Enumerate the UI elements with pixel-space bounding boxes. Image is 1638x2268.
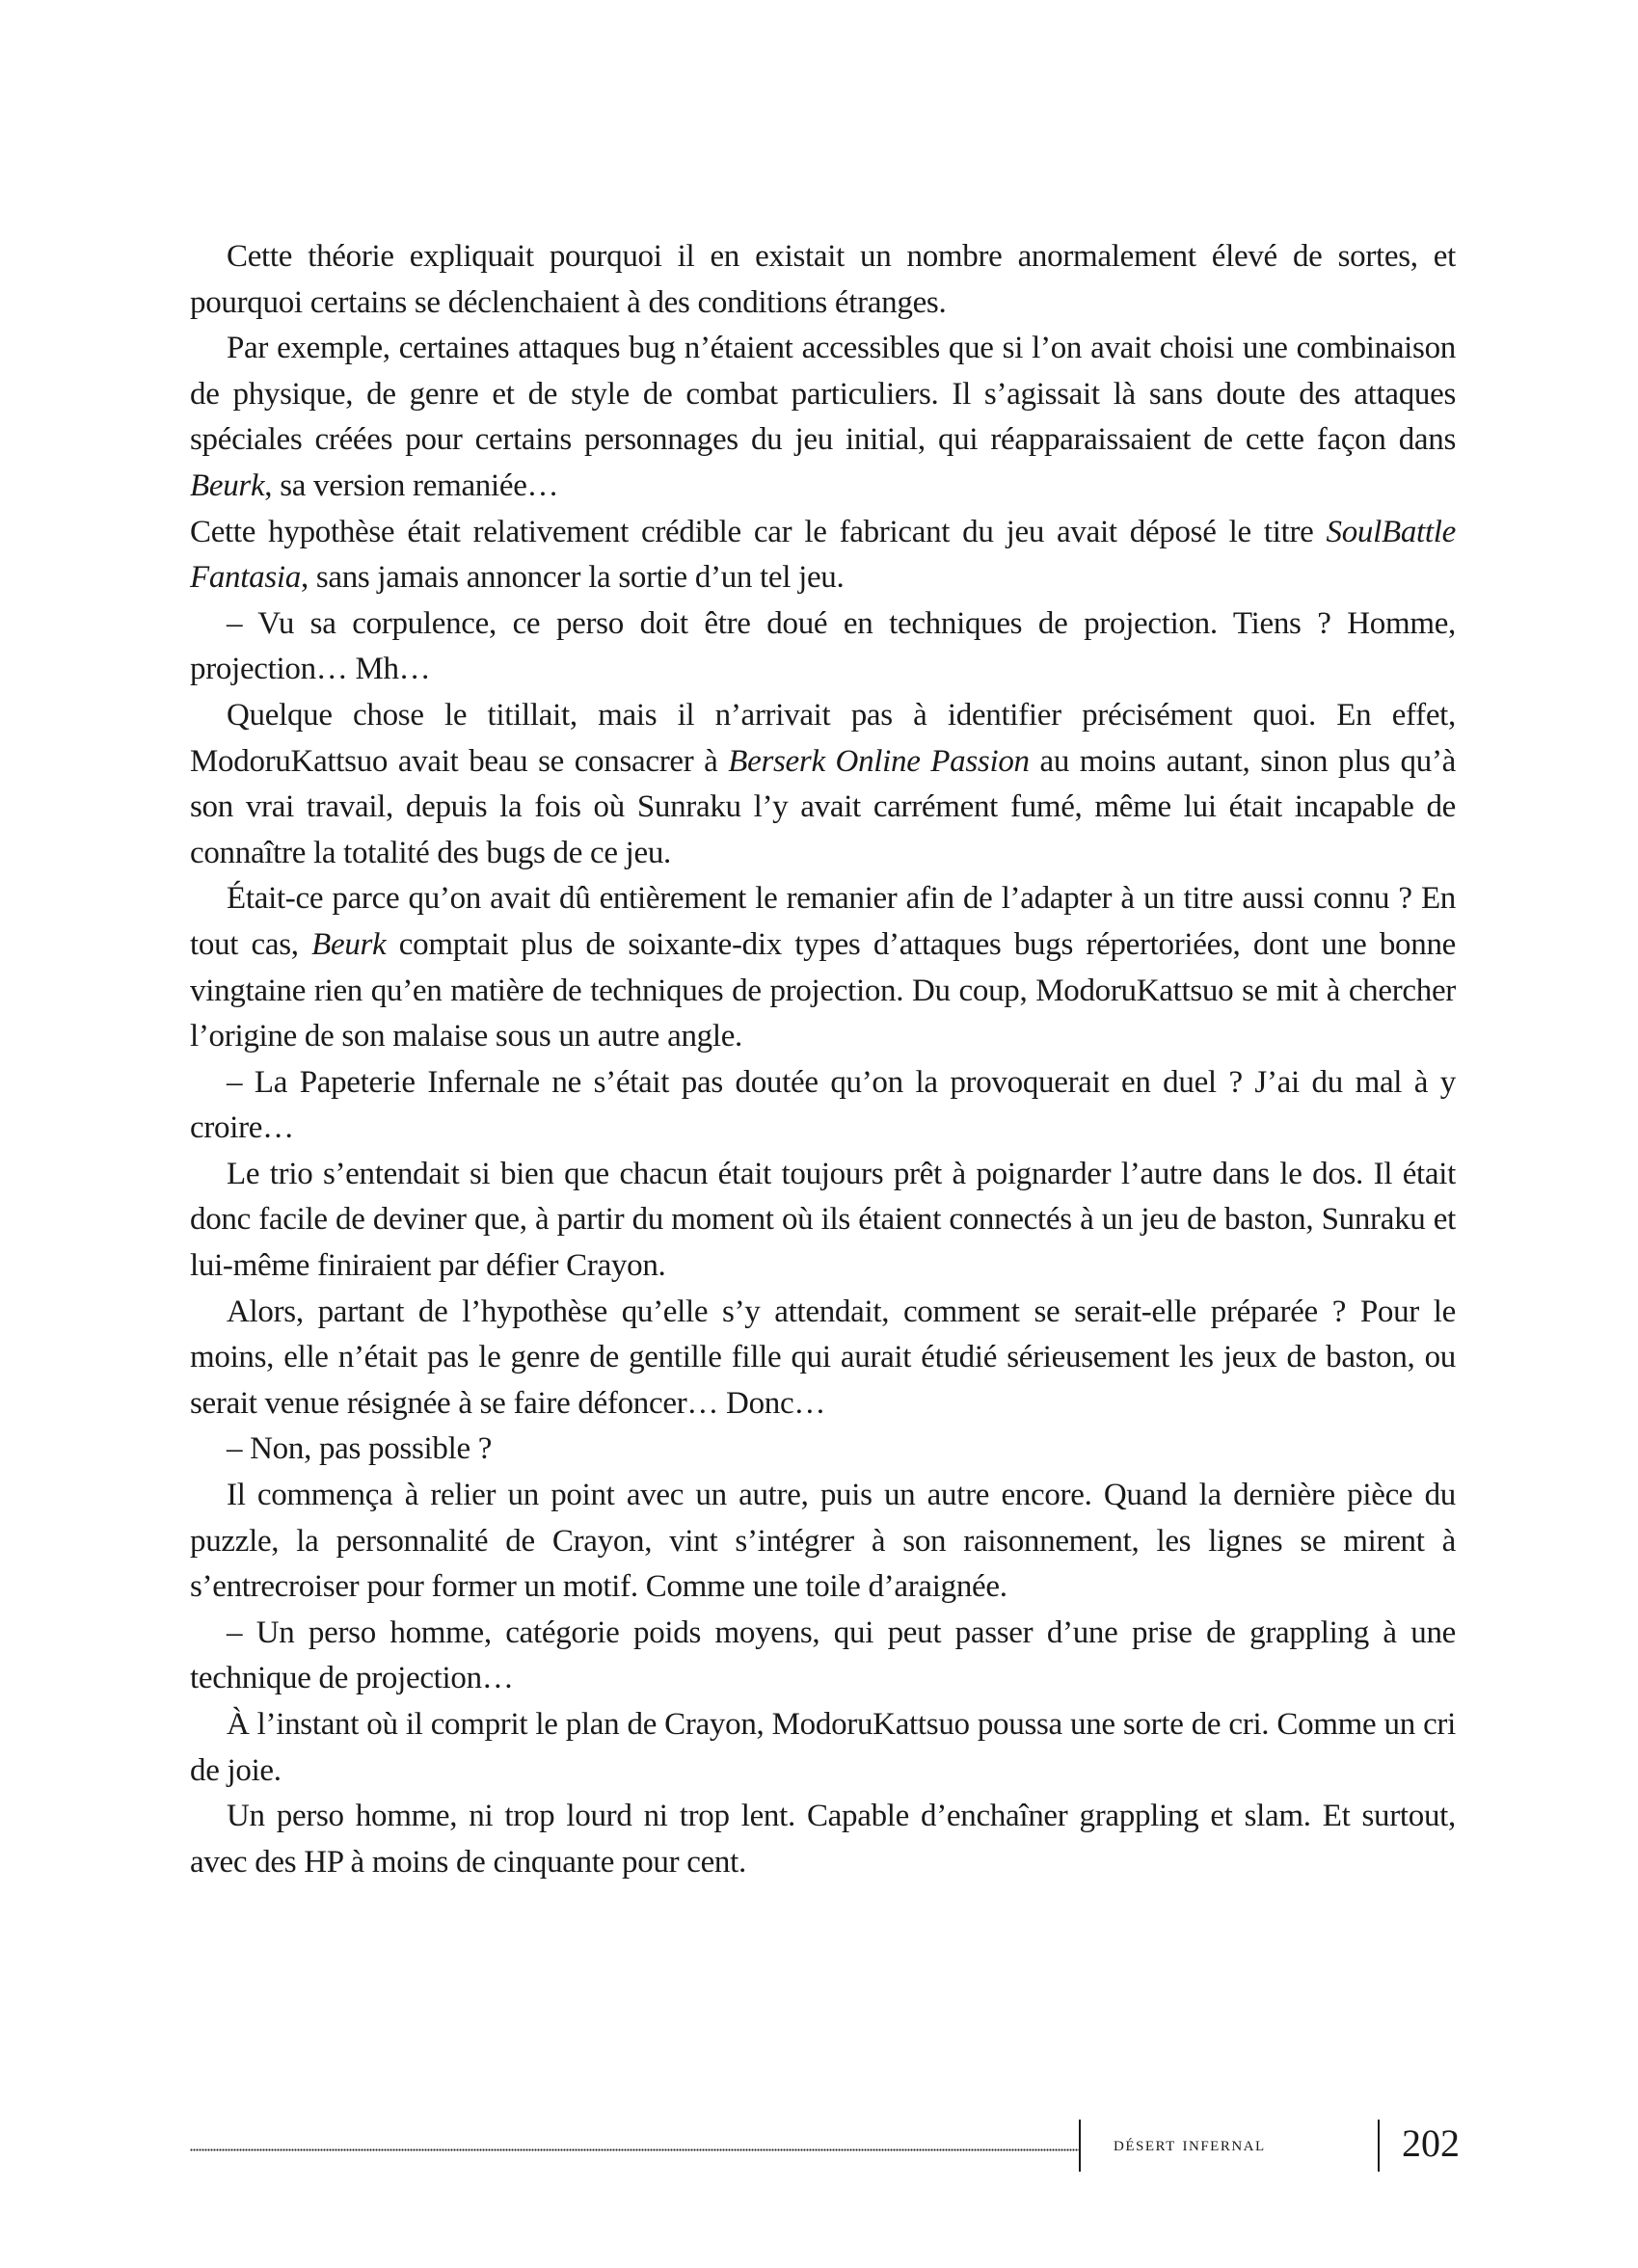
- italic-title: Berserk Online Passion: [728, 744, 1029, 779]
- paragraph: Cette théorie expliquait pourquoi il en …: [190, 234, 1456, 326]
- italic-title: Beurk: [311, 927, 386, 962]
- dialogue-paragraph: – Non, pas possible ?: [190, 1427, 1456, 1473]
- footer-divider: [1079, 2120, 1081, 2172]
- italic-title: Beurk: [190, 468, 264, 503]
- footer-divider: [1378, 2120, 1380, 2172]
- page-footer: Désert infernal 202: [190, 2117, 1456, 2171]
- dialogue-paragraph: – Vu sa corpulence, ce perso doit être d…: [190, 601, 1456, 693]
- paragraph: À l’instant où il comprit le plan de Cra…: [190, 1702, 1456, 1794]
- paragraph: Était-ce parce qu’on avait dû entièremen…: [190, 876, 1456, 1059]
- paragraph: Quelque chose le titillait, mais il n’ar…: [190, 693, 1456, 876]
- dialogue-paragraph: – Un perso homme, catégorie poids moyens…: [190, 1611, 1456, 1702]
- running-chapter-title: Désert infernal: [1114, 2132, 1266, 2156]
- paragraph: Il commença à relier un point avec un au…: [190, 1473, 1456, 1611]
- dotted-leader-line: [190, 2148, 1079, 2151]
- paragraph: Cette hypothèse était relativement crédi…: [190, 510, 1456, 601]
- dialogue-paragraph: – La Papeterie Infernale ne s’était pas …: [190, 1060, 1456, 1152]
- paragraph: Alors, partant de l’hypothèse qu’elle s’…: [190, 1290, 1456, 1428]
- paragraph: Le trio s’entendait si bien que chacun é…: [190, 1152, 1456, 1290]
- paragraph: Par exemple, certaines attaques bug n’ét…: [190, 326, 1456, 509]
- paragraph: Un perso homme, ni trop lourd ni trop le…: [190, 1794, 1456, 1885]
- page-body: Cette théorie expliquait pourquoi il en …: [190, 234, 1456, 1885]
- page-number: 202: [1402, 2121, 1460, 2167]
